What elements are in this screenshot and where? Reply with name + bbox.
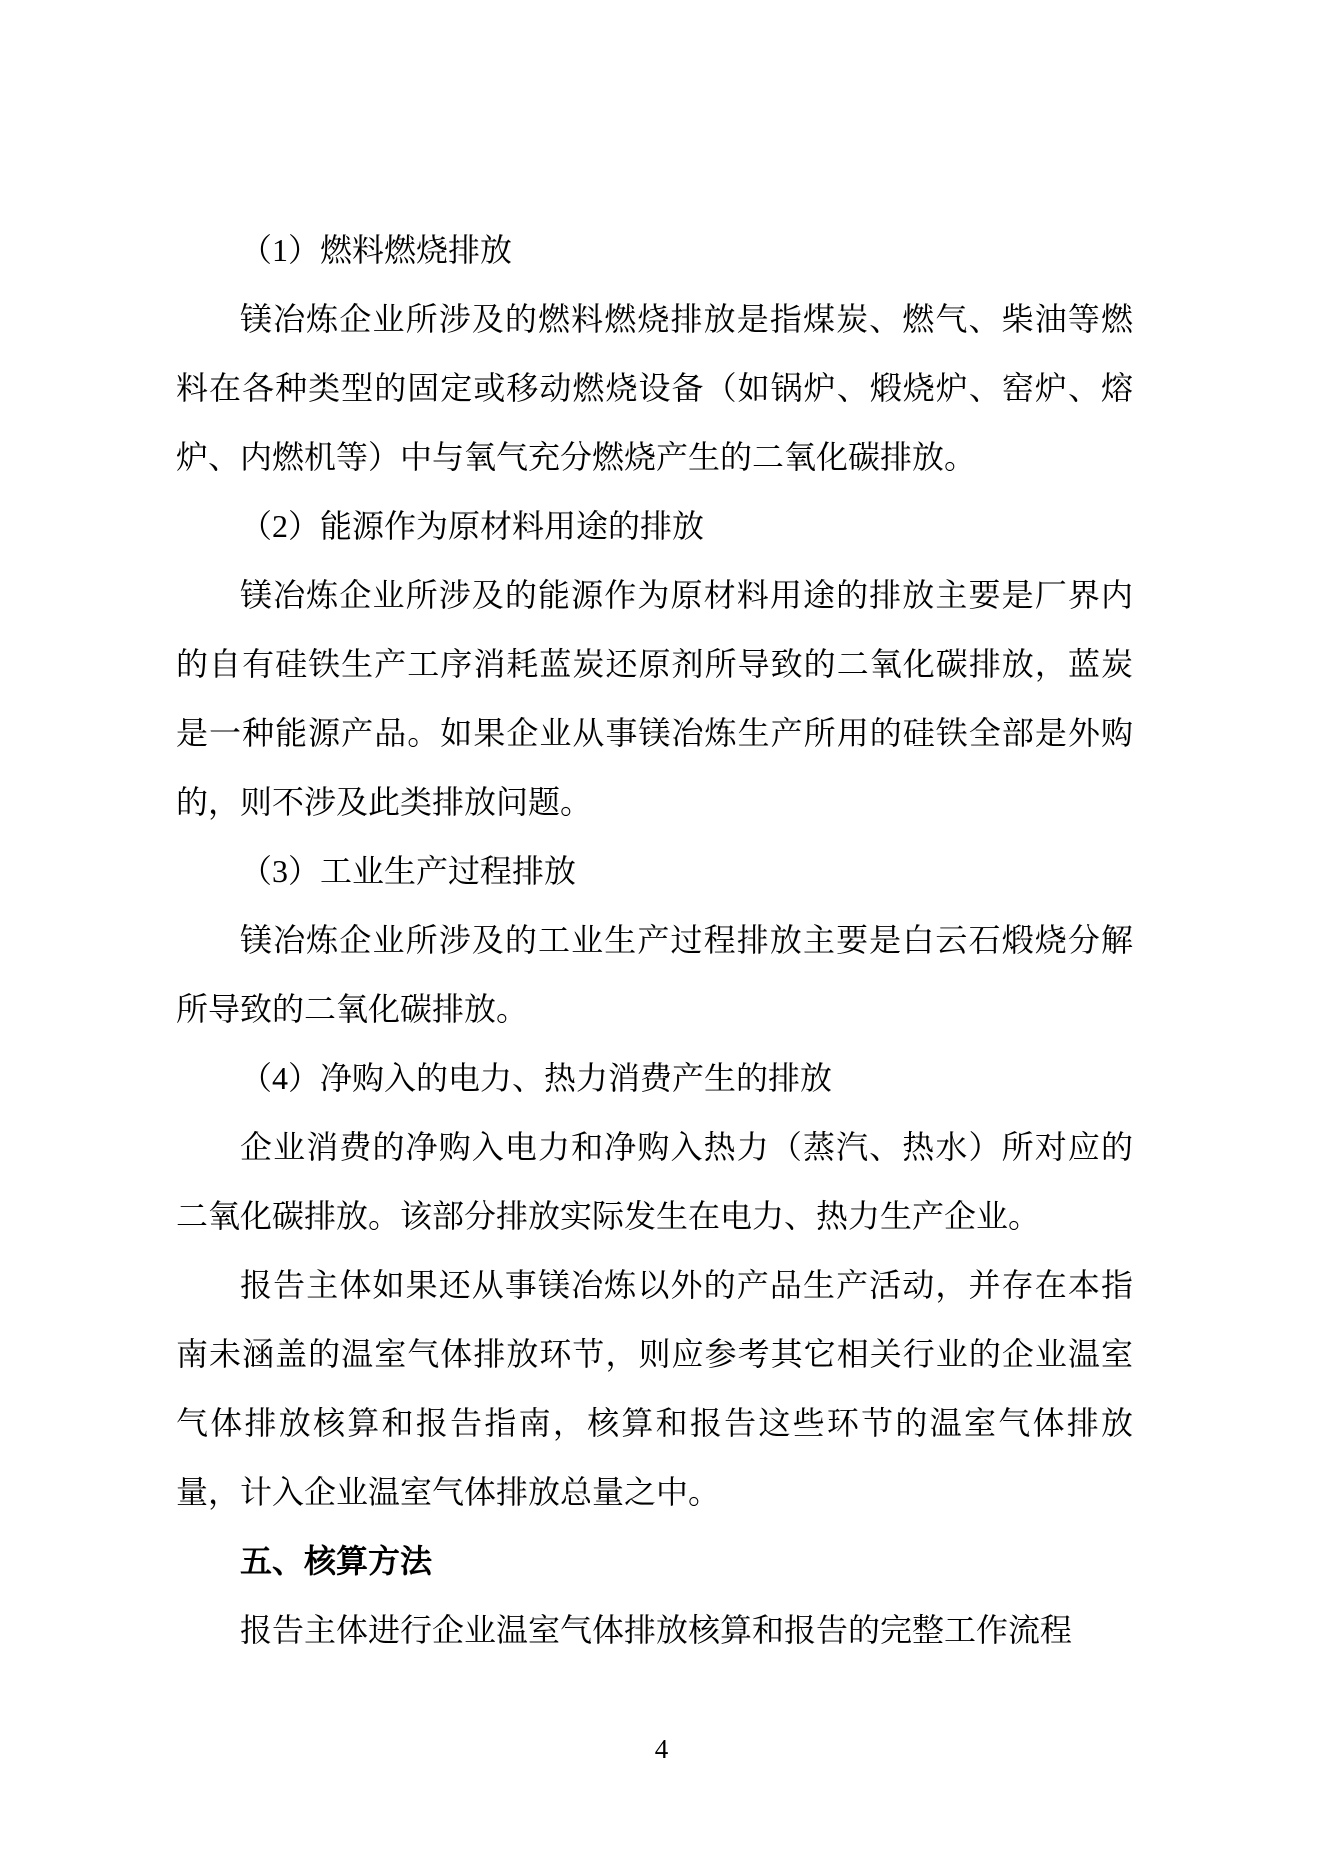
subheading-fuel-combustion: （1）燃料燃烧排放 [176, 216, 1133, 285]
paragraph-fuel-combustion: 镁冶炼企业所涉及的燃料燃烧排放是指煤炭、燃气、柴油等燃料在各种类型的固定或移动燃… [176, 285, 1133, 492]
paragraph-industrial-process: 镁冶炼企业所涉及的工业生产过程排放主要是白云石煅烧分解所导致的二氧化碳排放。 [176, 906, 1133, 1044]
subheading-energy-as-raw-material: （2）能源作为原材料用途的排放 [176, 492, 1133, 561]
document-page: （1）燃料燃烧排放 镁冶炼企业所涉及的燃料燃烧排放是指煤炭、燃气、柴油等燃料在各… [0, 0, 1323, 1871]
paragraph-other-production-activities: 报告主体如果还从事镁冶炼以外的产品生产活动，并存在本指南未涵盖的温室气体排放环节… [176, 1251, 1133, 1527]
subheading-industrial-process: （3）工业生产过程排放 [176, 837, 1133, 906]
page-body-text: （1）燃料燃烧排放 镁冶炼企业所涉及的燃料燃烧排放是指煤炭、燃气、柴油等燃料在各… [176, 216, 1133, 1665]
section-heading-accounting-method: 五、核算方法 [176, 1527, 1133, 1596]
subheading-purchased-electricity-heat: （4）净购入的电力、热力消费产生的排放 [176, 1044, 1133, 1113]
page-number: 4 [0, 1732, 1323, 1766]
paragraph-accounting-workflow: 报告主体进行企业温室气体排放核算和报告的完整工作流程 [176, 1596, 1133, 1665]
paragraph-purchased-electricity-heat: 企业消费的净购入电力和净购入热力（蒸汽、热水）所对应的二氧化碳排放。该部分排放实… [176, 1113, 1133, 1251]
paragraph-energy-as-raw-material: 镁冶炼企业所涉及的能源作为原材料用途的排放主要是厂界内的自有硅铁生产工序消耗蓝炭… [176, 561, 1133, 837]
